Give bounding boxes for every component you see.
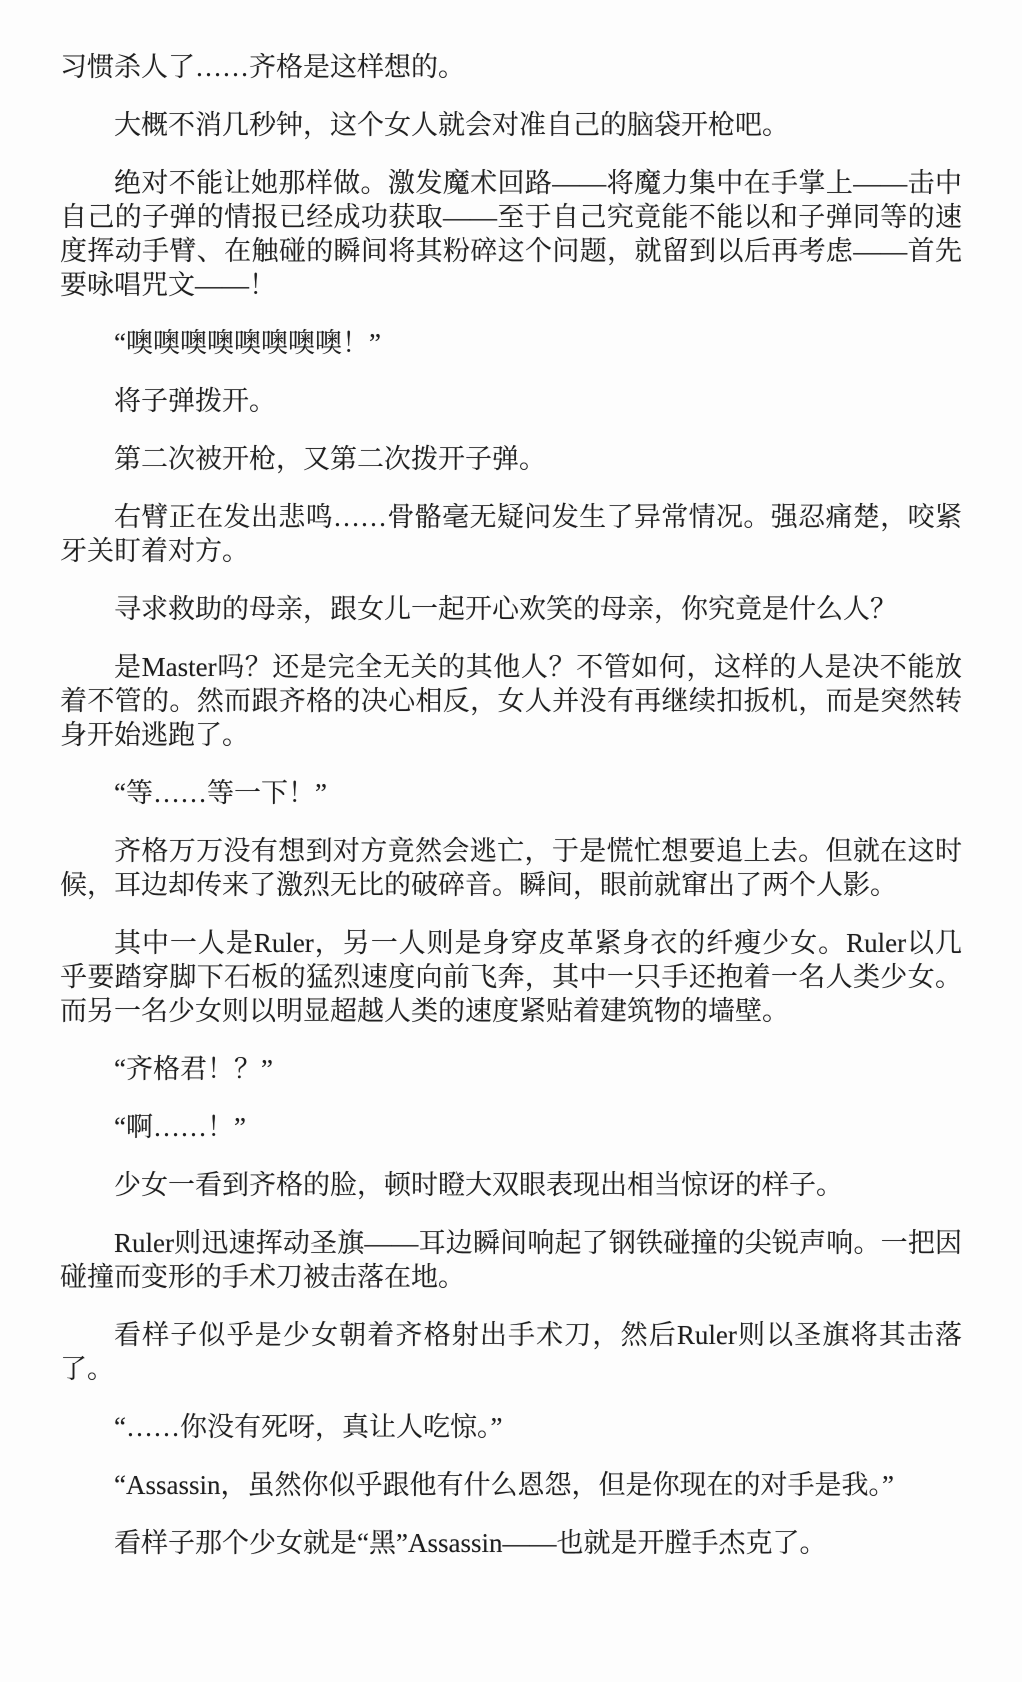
paragraph: 将子弹拨开。: [60, 384, 962, 418]
paragraph: 大概不消几秒钟，这个女人就会对准自己的脑袋开枪吧。: [60, 108, 962, 142]
paragraph: 是Master吗？还是完全无关的其他人？不管如何，这样的人是决不能放着不管的。然…: [60, 650, 962, 752]
paragraph-dialogue: “……你没有死呀，真让人吃惊。”: [60, 1410, 962, 1444]
paragraph-dialogue: “Assassin，虽然你似乎跟他有什么恩怨，但是你现在的对手是我。”: [60, 1468, 962, 1502]
paragraph: 看样子那个少女就是“黑”Assassin——也就是开膛手杰克了。: [60, 1526, 962, 1560]
paragraph: 少女一看到齐格的脸，顿时瞪大双眼表现出相当惊讶的样子。: [60, 1168, 962, 1202]
paragraph-dialogue: “噢噢噢噢噢噢噢噢！”: [60, 326, 962, 360]
paragraph-dialogue: “等……等一下！”: [60, 776, 962, 810]
paragraph: 看样子似乎是少女朝着齐格射出手术刀，然后Ruler则以圣旗将其击落了。: [60, 1318, 962, 1386]
novel-page: 习惯杀人了……齐格是这样想的。 大概不消几秒钟，这个女人就会对准自己的脑袋开枪吧…: [0, 0, 1022, 1682]
paragraph: 其中一人是Ruler，另一人则是身穿皮革紧身衣的纤瘦少女。Ruler以几乎要踏穿…: [60, 926, 962, 1028]
paragraph: 习惯杀人了……齐格是这样想的。: [60, 50, 962, 84]
text-content: 习惯杀人了……齐格是这样想的。 大概不消几秒钟，这个女人就会对准自己的脑袋开枪吧…: [60, 50, 962, 1560]
paragraph-dialogue: “啊……！”: [60, 1110, 962, 1144]
paragraph: Ruler则迅速挥动圣旗——耳边瞬间响起了钢铁碰撞的尖锐声响。一把因碰撞而变形的…: [60, 1226, 962, 1294]
paragraph: 第二次被开枪，又第二次拨开子弹。: [60, 442, 962, 476]
paragraph: 绝对不能让她那样做。激发魔术回路——将魔力集中在手掌上——击中自己的子弹的情报已…: [60, 166, 962, 302]
paragraph: 齐格万万没有想到对方竟然会逃亡，于是慌忙想要追上去。但就在这时候，耳边却传来了激…: [60, 834, 962, 902]
paragraph: 右臂正在发出悲鸣……骨骼毫无疑问发生了异常情况。强忍痛楚，咬紧牙关盯着对方。: [60, 500, 962, 568]
paragraph: 寻求救助的母亲，跟女儿一起开心欢笑的母亲，你究竟是什么人？: [60, 592, 962, 626]
paragraph-dialogue: “齐格君！？”: [60, 1052, 962, 1086]
